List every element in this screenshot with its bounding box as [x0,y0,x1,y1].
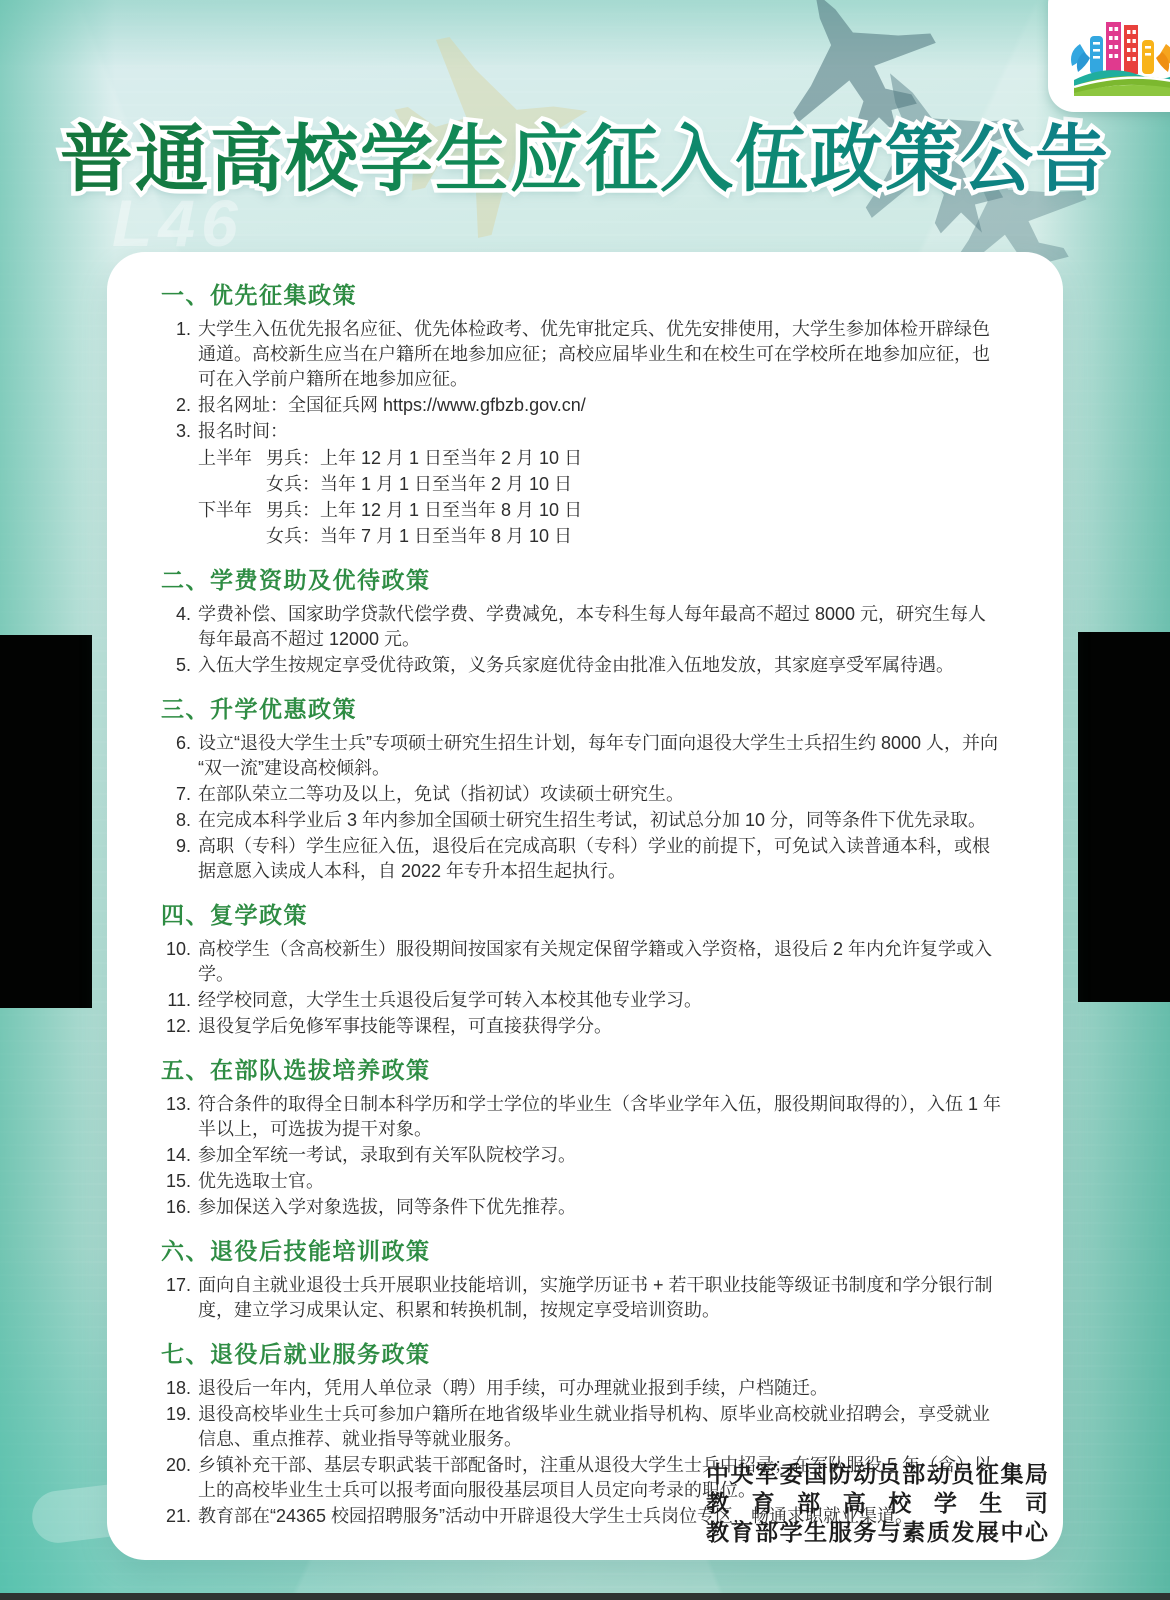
schedule-row: 女兵：当年 1 月 1 日至当年 2 月 10 日 [198,471,1003,497]
policy-item: 12.退役复学后免修军事技能等课程，可直接获得学分。 [161,1014,1003,1039]
item-number: 11. [161,988,191,1013]
item-text: 在完成本科学业后 3 年内参加全国硕士研究生招生考试，初试总分加 10 分，同等… [198,808,1003,833]
signature-line: 教育部学生服务与素质发展中心 [706,1518,1048,1547]
footer-signatures: 中央军委国防动员部动员征集局 教育部高校学生司 教育部学生服务与素质发展中心 [706,1460,1048,1547]
item-text: 报名时间： [198,419,1003,444]
item-text: 参加保送入学对象选拔，同等条件下优先推荐。 [198,1195,1003,1220]
schedule-period [198,523,266,549]
schedule-period [198,471,266,497]
policy-item: 16.参加保送入学对象选拔，同等条件下优先推荐。 [161,1195,1003,1220]
schedule-period: 下半年 [198,497,266,523]
item-text: 报名网址：全国征兵网 https://www.gfbzb.gov.cn/ [198,393,1003,418]
item-number: 5. [161,653,191,678]
item-text: 大学生入伍优先报名应征、优先体检政考、优先审批定兵、优先安排使用，大学生参加体检… [198,317,1003,392]
item-text: 参加全军统一考试，录取到有关军队院校学习。 [198,1143,1003,1168]
item-number: 2. [161,393,191,418]
policy-item: 9.高职（专科）学生应征入伍，退役后在完成高职（专科）学业的前提下，可免试入读普… [161,834,1003,884]
item-number: 8. [161,808,191,833]
item-number: 18. [161,1376,191,1401]
section-heading: 四、复学政策 [161,900,1003,930]
poster-root: L46 普通高校学生应征入伍政策公告 普通高校学生应征入伍政策公告 [0,0,1170,1600]
item-text: 高校学生（含高校新生）服役期间按国家有关规定保留学籍或入学资格，退役后 2 年内… [198,937,1003,987]
item-number: 9. [161,834,191,884]
schedule-dates: 男兵：上年 12 月 1 日至当年 2 月 10 日 [266,445,1003,471]
policy-item: 17.面向自主就业退役士兵开展职业技能培训，实施学历证书 + 若干职业技能等级证… [161,1273,1003,1323]
signature-line: 中央军委国防动员部动员征集局 [706,1460,1048,1489]
policy-section: 三、升学优惠政策6.设立“退役大学生士兵”专项硕士研究生招生计划，每年专门面向退… [161,694,1003,884]
item-number: 4. [161,602,191,652]
item-number: 16. [161,1195,191,1220]
schedule-row: 上半年男兵：上年 12 月 1 日至当年 2 月 10 日 [198,445,1003,471]
policy-section: 六、退役后技能培训政策17.面向自主就业退役士兵开展职业技能培训，实施学历证书 … [161,1236,1003,1323]
item-text: 退役复学后免修军事技能等课程，可直接获得学分。 [198,1014,1003,1039]
item-number: 17. [161,1273,191,1323]
policy-item: 4.学费补偿、国家助学贷款代偿学费、学费减免，本专科生每人每年最高不超过 800… [161,602,1003,652]
policy-section: 四、复学政策10.高校学生（含高校新生）服役期间按国家有关规定保留学籍或入学资格… [161,900,1003,1039]
policy-item: 13.符合条件的取得全日制本科学历和学士学位的毕业生（含毕业学年入伍，服役期间取… [161,1092,1003,1142]
policy-item: 3.报名时间： [161,419,1003,444]
item-number: 21. [161,1504,191,1529]
black-band-right [1078,632,1170,1002]
item-text: 在部队荣立二等功及以上，免试（指初试）攻读硕士研究生。 [198,782,1003,807]
item-number: 20. [161,1453,191,1503]
policy-item: 11.经学校同意，大学生士兵退役后复学可转入本校其他专业学习。 [161,988,1003,1013]
item-text: 优先选取士官。 [198,1169,1003,1194]
item-number: 6. [161,731,191,781]
policy-item: 18.退役后一年内，凭用人单位录（聘）用手续，可办理就业报到手续，户档随迁。 [161,1376,1003,1401]
item-number: 15. [161,1169,191,1194]
policy-card: 一、优先征集政策1.大学生入伍优先报名应征、优先体检政考、优先审批定兵、优先安排… [107,252,1063,1560]
policy-sections: 一、优先征集政策1.大学生入伍优先报名应征、优先体检政考、优先审批定兵、优先安排… [161,280,1003,1529]
policy-item: 10.高校学生（含高校新生）服役期间按国家有关规定保留学籍或入学资格，退役后 2… [161,937,1003,987]
schedule-row: 女兵：当年 7 月 1 日至当年 8 月 10 日 [198,523,1003,549]
section-heading: 三、升学优惠政策 [161,694,1003,724]
policy-item: 14.参加全军统一考试，录取到有关军队院校学习。 [161,1143,1003,1168]
policy-item: 1.大学生入伍优先报名应征、优先体检政考、优先审批定兵、优先安排使用，大学生参加… [161,317,1003,392]
policy-section: 二、学费资助及优待政策4.学费补偿、国家助学贷款代偿学费、学费减免，本专科生每人… [161,565,1003,678]
item-number: 13. [161,1092,191,1142]
item-text: 面向自主就业退役士兵开展职业技能培训，实施学历证书 + 若干职业技能等级证书制度… [198,1273,1003,1323]
item-number: 7. [161,782,191,807]
item-text: 学费补偿、国家助学贷款代偿学费、学费减免，本专科生每人每年最高不超过 8000 … [198,602,1003,652]
policy-section: 五、在部队选拔培养政策13.符合条件的取得全日制本科学历和学士学位的毕业生（含毕… [161,1055,1003,1220]
bottom-bar [0,1593,1170,1600]
item-text: 符合条件的取得全日制本科学历和学士学位的毕业生（含毕业学年入伍，服役期间取得的）… [198,1092,1003,1142]
black-band-left [0,635,92,1008]
schedule-dates: 女兵：当年 7 月 1 日至当年 8 月 10 日 [266,523,1003,549]
item-number: 10. [161,937,191,987]
item-text: 经学校同意，大学生士兵退役后复学可转入本校其他专业学习。 [198,988,1003,1013]
item-text: 入伍大学生按规定享受优待政策，义务兵家庭优待金由批准入伍地发放，其家庭享受军属待… [198,653,1003,678]
schedule-dates: 男兵：上年 12 月 1 日至当年 8 月 10 日 [266,497,1003,523]
policy-section: 一、优先征集政策1.大学生入伍优先报名应征、优先体检政考、优先审批定兵、优先安排… [161,280,1003,549]
item-number: 12. [161,1014,191,1039]
policy-item: 5.入伍大学生按规定享受优待政策，义务兵家庭优待金由批准入伍地发放，其家庭享受军… [161,653,1003,678]
item-number: 14. [161,1143,191,1168]
policy-item: 7.在部队荣立二等功及以上，免试（指初试）攻读硕士研究生。 [161,782,1003,807]
section-heading: 一、优先征集政策 [161,280,1003,310]
policy-item: 2.报名网址：全国征兵网 https://www.gfbzb.gov.cn/ [161,393,1003,418]
item-text: 退役高校毕业生士兵可参加户籍所在地省级毕业生就业指导机构、原毕业高校就业招聘会，… [198,1402,1003,1452]
policy-item: 19.退役高校毕业生士兵可参加户籍所在地省级毕业生就业指导机构、原毕业高校就业招… [161,1402,1003,1452]
item-text: 退役后一年内，凭用人单位录（聘）用手续，可办理就业报到手续，户档随迁。 [198,1376,1003,1401]
schedule-row: 下半年男兵：上年 12 月 1 日至当年 8 月 10 日 [198,497,1003,523]
policy-item: 8.在完成本科学业后 3 年内参加全国硕士研究生招生考试，初试总分加 10 分，… [161,808,1003,833]
section-heading: 五、在部队选拔培养政策 [161,1055,1003,1085]
schedule-dates: 女兵：当年 1 月 1 日至当年 2 月 10 日 [266,471,1003,497]
item-text: 高职（专科）学生应征入伍，退役后在完成高职（专科）学业的前提下，可免试入读普通本… [198,834,1003,884]
item-number: 3. [161,419,191,444]
item-number: 19. [161,1402,191,1452]
section-heading: 七、退役后就业服务政策 [161,1339,1003,1369]
policy-item: 15.优先选取士官。 [161,1169,1003,1194]
buildings-with-wings-logo-icon [1066,14,1170,98]
section-heading: 二、学费资助及优待政策 [161,565,1003,595]
page-title-text: 普通高校学生应征入伍政策公告 [0,100,1170,205]
logo-badge [1048,0,1170,112]
item-text: 设立“退役大学生士兵”专项硕士研究生招生计划，每年专门面向退役大学生士兵招生约 … [198,731,1003,781]
item-number: 1. [161,317,191,392]
section-heading: 六、退役后技能培训政策 [161,1236,1003,1266]
schedule-period: 上半年 [198,445,266,471]
page-title: 普通高校学生应征入伍政策公告 普通高校学生应征入伍政策公告 [0,100,1170,220]
signature-line: 教育部高校学生司 [706,1489,1048,1518]
policy-item: 6.设立“退役大学生士兵”专项硕士研究生招生计划，每年专门面向退役大学生士兵招生… [161,731,1003,781]
